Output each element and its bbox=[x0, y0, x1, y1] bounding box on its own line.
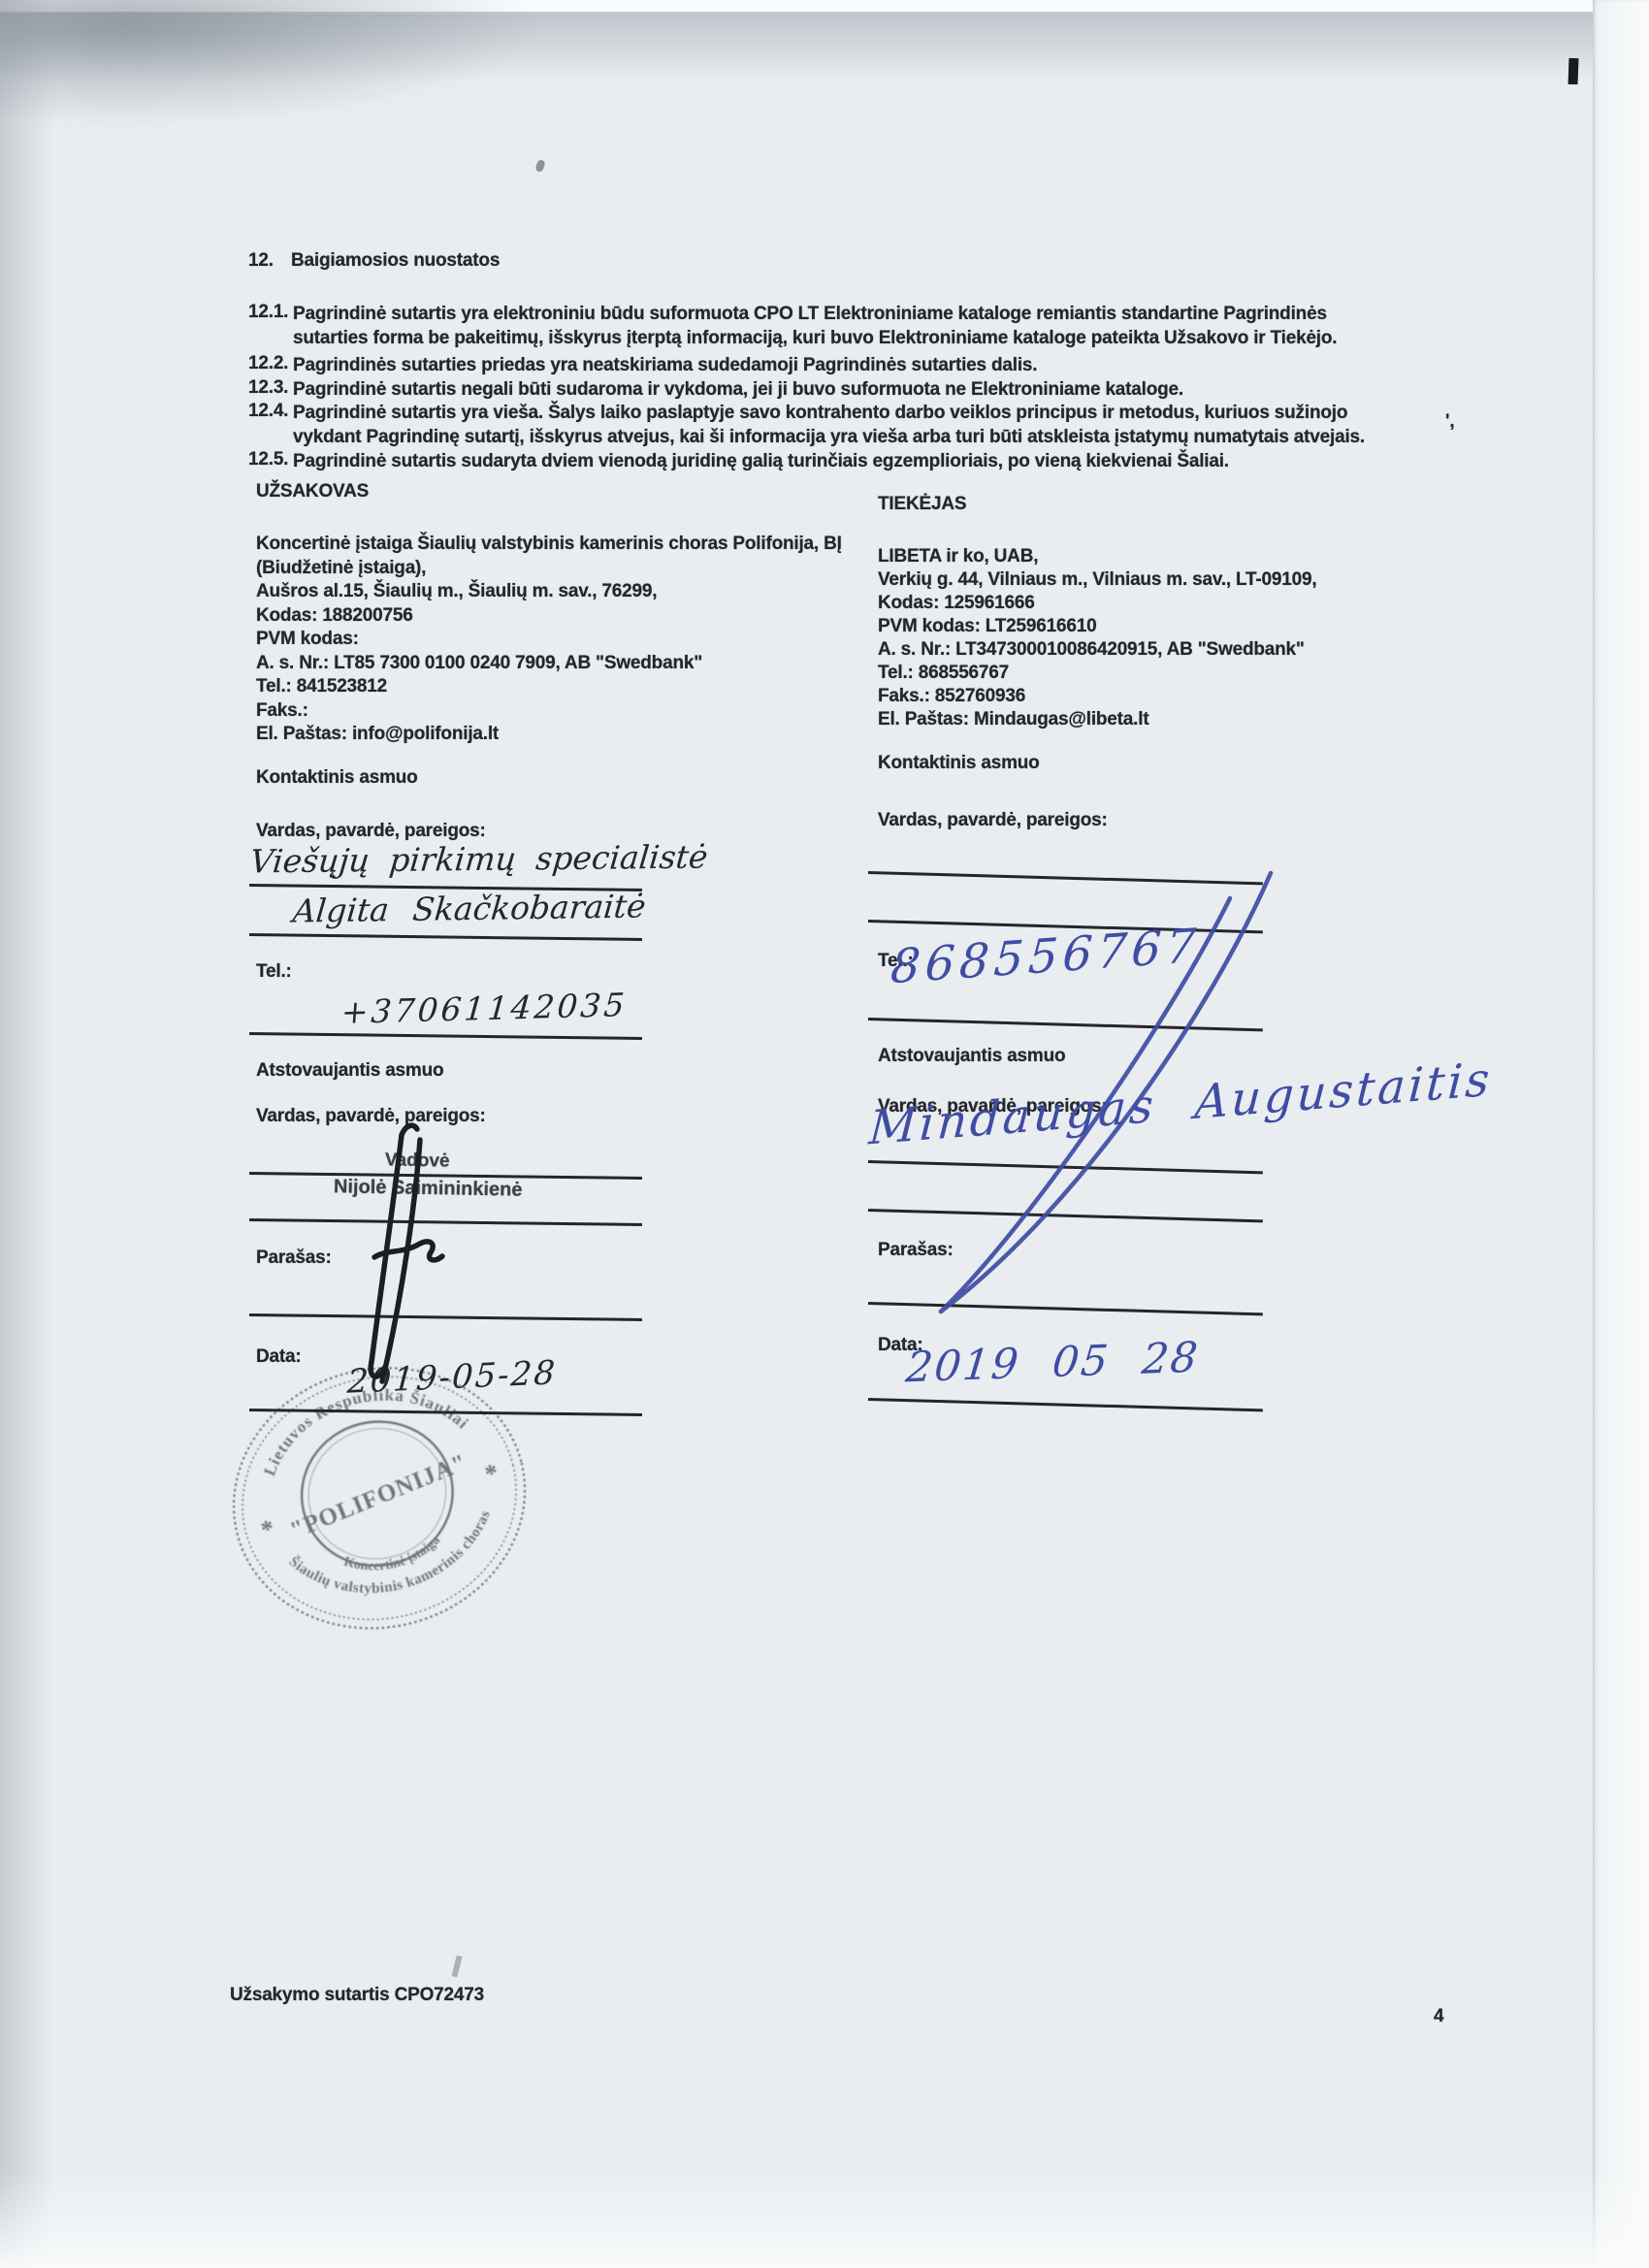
signature-line bbox=[868, 1398, 1263, 1411]
signature-line bbox=[868, 871, 1263, 885]
scan-corner-shadow bbox=[0, 0, 543, 126]
buyer-signature-label: Parašas: bbox=[256, 1247, 332, 1269]
buyer-representative-name: Nijolė Saimininkienė bbox=[334, 1176, 523, 1201]
supplier-name-position-label: Vardas, pavardė, pareigos: bbox=[878, 810, 1108, 831]
section-title: Baigiamosios nuostatos bbox=[291, 250, 500, 271]
signature-line bbox=[868, 1302, 1263, 1315]
supplier-org-line: El. Paštas: Mindaugas@libeta.lt bbox=[878, 708, 1316, 731]
clause-number: 12.3. bbox=[248, 377, 293, 402]
buyer-representative-title: Vadovė bbox=[385, 1150, 450, 1172]
supplier-signature-label: Parašas: bbox=[878, 1240, 954, 1261]
clause-12-4: 12.4. Pagrindinė sutartis yra vieša. Šal… bbox=[248, 401, 1365, 449]
supplier-tel-handwriting: 868556767 bbox=[889, 919, 1202, 995]
buyer-org-details: Koncertinė įstaiga Šiaulių valstybinis k… bbox=[256, 533, 842, 747]
buyer-date-label: Data: bbox=[256, 1346, 302, 1368]
scan-speck bbox=[451, 1956, 462, 1978]
clause-12-1: 12.1. Pagrindinė sutartis yra elektronin… bbox=[248, 302, 1337, 350]
buyer-tel-label: Tel.: bbox=[256, 961, 292, 983]
clause-12-2: 12.2. Pagrindinės sutarties priedas yra … bbox=[248, 353, 1037, 377]
supplier-contact-person-label: Kontaktinis asmuo bbox=[878, 753, 1040, 774]
signature-line bbox=[868, 1018, 1263, 1031]
paper-bottom-edge bbox=[0, 2171, 1649, 2268]
stamp-star-icon: * bbox=[258, 1514, 277, 1544]
buyer-name-position-label: Vardas, pavardė, pareigos: bbox=[256, 1106, 486, 1127]
section-heading: 12.Baigiamosios nuostatos bbox=[248, 250, 500, 272]
supplier-org-line: Kodas: 125961666 bbox=[878, 592, 1316, 615]
clause-number: 12.4. bbox=[248, 401, 293, 449]
stamp-center-text: "POLIFONIJA" bbox=[287, 1449, 471, 1544]
scan-registration-mark bbox=[1568, 58, 1579, 84]
buyer-role-label: UŽSAKOVAS bbox=[256, 481, 369, 502]
supplier-org-line: Verkių g. 44, Vilniaus m., Vilniaus m. s… bbox=[878, 568, 1316, 592]
supplier-org-details: LIBETA ir ko, UAB, Verkių g. 44, Vilniau… bbox=[878, 545, 1316, 731]
supplier-org-line: Faks.: 852760936 bbox=[878, 685, 1316, 708]
buyer-org-line: Koncertinė įstaiga Šiaulių valstybinis k… bbox=[256, 533, 842, 557]
signature-line bbox=[868, 1160, 1263, 1174]
section-number: 12. bbox=[248, 250, 291, 272]
clause-number: 12.1. bbox=[248, 302, 293, 350]
buyer-org-line: El. Paštas: info@polifonija.lt bbox=[256, 723, 842, 747]
supplier-representative-name-handwriting: Mindaugas Augustaitis bbox=[867, 1053, 1494, 1156]
buyer-contact-position-handwriting: Viešųjų pirkimų specialistė bbox=[248, 838, 709, 881]
buyer-contact-name-handwriting: Algita Skačkobaraitė bbox=[291, 887, 647, 929]
scan-speck bbox=[534, 159, 546, 173]
buyer-representative-label: Atstovaujantis asmuo bbox=[256, 1060, 443, 1082]
clause-text-line: vykdant Pagrindinę sutartį, išskyrus atv… bbox=[293, 425, 1365, 449]
scanned-contract-page: ', 12.Baigiamosios nuostatos 12.1. Pagri… bbox=[0, 0, 1649, 2268]
clause-text-line: Pagrindinės sutarties priedas yra neatsk… bbox=[293, 353, 1037, 377]
buyer-org-line: (Biudžetinė įstaiga), bbox=[256, 557, 842, 581]
scan-speck: ', bbox=[1445, 411, 1454, 433]
signature-line bbox=[249, 1218, 642, 1226]
clause-12-5: 12.5. Pagrindinė sutartis sudaryta dviem… bbox=[248, 449, 1229, 473]
signature-line bbox=[249, 1032, 642, 1040]
supplier-org-line: LIBETA ir ko, UAB, bbox=[878, 545, 1316, 568]
buyer-org-line: Faks.: bbox=[256, 699, 842, 724]
signature-line bbox=[249, 1313, 642, 1321]
buyer-org-line: Kodas: 188200756 bbox=[256, 604, 842, 629]
supplier-org-line: PVM kodas: LT259616610 bbox=[878, 615, 1316, 638]
scan-top-shadow bbox=[0, 12, 1649, 81]
clause-number: 12.2. bbox=[248, 353, 293, 377]
footer-contract-reference: Užsakymo sutartis CPO72473 bbox=[230, 1985, 484, 2006]
buyer-contact-person-label: Kontaktinis asmuo bbox=[256, 767, 418, 789]
clause-text-line: Pagrindinė sutartis sudaryta dviem vieno… bbox=[293, 449, 1229, 473]
clause-12-3: 12.3. Pagrindinė sutartis negali būti su… bbox=[248, 377, 1183, 402]
scanner-top-edge bbox=[0, 0, 1649, 14]
buyer-org-line: Tel.: 841523812 bbox=[256, 675, 842, 699]
signature-line bbox=[868, 1209, 1263, 1222]
clause-text-line: sutarties forma be pakeitimų, išskyrus į… bbox=[293, 326, 1337, 350]
clause-number: 12.5. bbox=[248, 449, 293, 473]
clause-text-line: Pagrindinė sutartis yra vieša. Šalys lai… bbox=[293, 401, 1365, 425]
buyer-contact-tel-handwriting: +37061142035 bbox=[340, 986, 630, 1031]
signature-line bbox=[249, 933, 642, 941]
stamp-star-icon: * bbox=[482, 1458, 501, 1488]
buyer-date-handwriting: 2019-05-28 bbox=[346, 1353, 558, 1402]
supplier-org-line: Tel.: 868556767 bbox=[878, 662, 1316, 685]
page-number: 4 bbox=[1434, 2006, 1443, 2027]
supplier-org-line: A. s. Nr.: LT347300010086420915, AB "Swe… bbox=[878, 638, 1316, 662]
buyer-org-line: A. s. Nr.: LT85 7300 0100 0240 7909, AB … bbox=[256, 652, 842, 676]
clause-text-line: Pagrindinė sutartis negali būti sudaroma… bbox=[293, 377, 1183, 402]
buyer-org-line: Aušros al.15, Šiaulių m., Šiaulių m. sav… bbox=[256, 580, 842, 604]
buyer-name-position-label: Vardas, pavardė, pareigos: bbox=[256, 821, 486, 842]
scan-left-shadow bbox=[0, 0, 54, 2268]
supplier-date-handwriting: 2019 05 28 bbox=[903, 1334, 1201, 1393]
supplier-role-label: TIEKĖJAS bbox=[878, 494, 966, 515]
clause-text-line: Pagrindinė sutartis yra elektroniniu būd… bbox=[293, 302, 1337, 326]
buyer-org-line: PVM kodas: bbox=[256, 628, 842, 652]
paper-right-edge bbox=[1593, 0, 1649, 2268]
supplier-representative-label: Atstovaujantis asmuo bbox=[878, 1046, 1065, 1067]
